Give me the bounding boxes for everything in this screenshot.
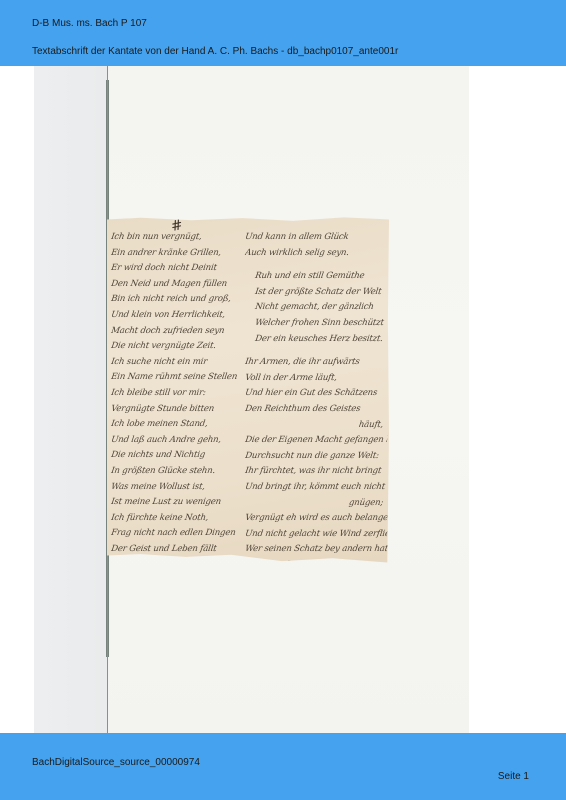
manuscript-line: Die nicht vergnügte Zeit.	[110, 339, 244, 355]
manuscript-line: Auch wirklich selig seyn.	[244, 246, 388, 262]
document-header: D-B Mus. ms. Bach P 107 Textabschrift de…	[0, 0, 566, 66]
manuscript-left-column: Ich bin nun vergnügt, Ein andrer kränke …	[111, 230, 243, 573]
manuscript-line: Ein andrer kränke Grillen,	[110, 246, 244, 262]
manuscript-line: Und nicht gelacht wie Wind zerfliegen	[244, 527, 388, 543]
manuscript-line: Nicht gemacht, der gänzlich	[244, 300, 388, 316]
manuscript-line: häuft,	[244, 418, 388, 434]
source-id: BachDigitalSource_source_00000974	[32, 757, 200, 768]
manuscript-leaf: # Ich bin nun vergnügt, Ein andrer kränk…	[107, 216, 389, 566]
stanza-gap	[245, 261, 387, 269]
manuscript-line: Den Reichthum des Geistes	[244, 402, 388, 418]
manuscript-line: Bin ich nicht reich und groß,	[110, 292, 244, 308]
manuscript-line: Er wird doch nicht Deinit	[110, 261, 244, 277]
manuscript-line: Die nichts und Nichtig	[110, 448, 244, 464]
manuscript-line: Ein Name rühmt seine Stellen	[110, 370, 244, 386]
document-title: Textabschrift der Kantate von der Hand A…	[32, 46, 398, 57]
manuscript-line: Und bringt ihr, kömmt euch nicht vor	[244, 480, 388, 496]
manuscript-line: Wer seinen Schatz bey andern hat,	[244, 542, 388, 558]
manuscript-line: Und klein von Herrlichkeit,	[110, 308, 244, 324]
page-number: Seite 1	[498, 771, 529, 782]
manuscript-line: Durchsucht nun die ganze Welt:	[244, 449, 388, 465]
scan-backing-left	[34, 66, 107, 733]
manuscript-line: Ruh und ein still Gemüthe	[244, 269, 388, 285]
manuscript-line: Ich suche nicht ein mir	[110, 355, 244, 371]
manuscript-line: Frag nicht nach edlen Dingen	[110, 526, 244, 542]
manuscript-line: Ich lobe meinen Stand,	[110, 417, 244, 433]
shelfmark-label: D-B Mus. ms. Bach P 107	[32, 18, 147, 29]
manuscript-line: gnügen;	[244, 496, 388, 512]
manuscript-line: Vergnügte Stunde bitten	[110, 402, 244, 418]
stanza-gap	[245, 347, 387, 355]
manuscript-line: Welcher frohen Sinn beschützt	[244, 316, 388, 332]
manuscript-line: Den Neid und Magen füllen	[110, 277, 244, 293]
document-footer: BachDigitalSource_source_00000974 Seite …	[0, 733, 566, 800]
manuscript-line: Was meine Wollust ist,	[110, 480, 244, 496]
manuscript-line: Voll in der Arme läuft,	[244, 371, 388, 387]
manuscript-line: Der ein keusches Herz besitzt.	[244, 332, 388, 348]
manuscript-line: Ich bin nun vergnügt,	[110, 230, 244, 246]
scanned-image: # Ich bin nun vergnügt, Ein andrer kränk…	[34, 66, 469, 733]
manuscript-line: Und laß auch Andre gehn,	[110, 433, 244, 449]
manuscript-line: Macht doch zufrieden seyn	[110, 324, 244, 340]
manuscript-line: Ist der größte Schatz der Welt	[244, 285, 388, 301]
manuscript-line: Ihr fürchtet, was ihr nicht bringt	[244, 464, 388, 480]
manuscript-line: In größten Glücke stehn.	[110, 464, 244, 480]
manuscript-line: Ich fürchte keine Noth,	[110, 511, 244, 527]
manuscript-line: Ihr Armen, die ihr aufwärts	[244, 355, 388, 371]
manuscript-line: Vergnügt eh wird es auch belangen,	[244, 511, 388, 527]
manuscript-line: Und kann in allem Glück	[244, 230, 388, 246]
manuscript-line: Ich bleibe still vor mir:	[110, 386, 244, 402]
manuscript-right-column: Und kann in allem Glück Auch wirklich se…	[245, 230, 387, 573]
manuscript-line: Ist meine Lust zu wenigen	[110, 495, 244, 511]
manuscript-line: Und hier ein Gut des Schätzens	[244, 386, 388, 402]
manuscript-line: Die der Eigenen Macht gefangen hält	[244, 433, 388, 449]
